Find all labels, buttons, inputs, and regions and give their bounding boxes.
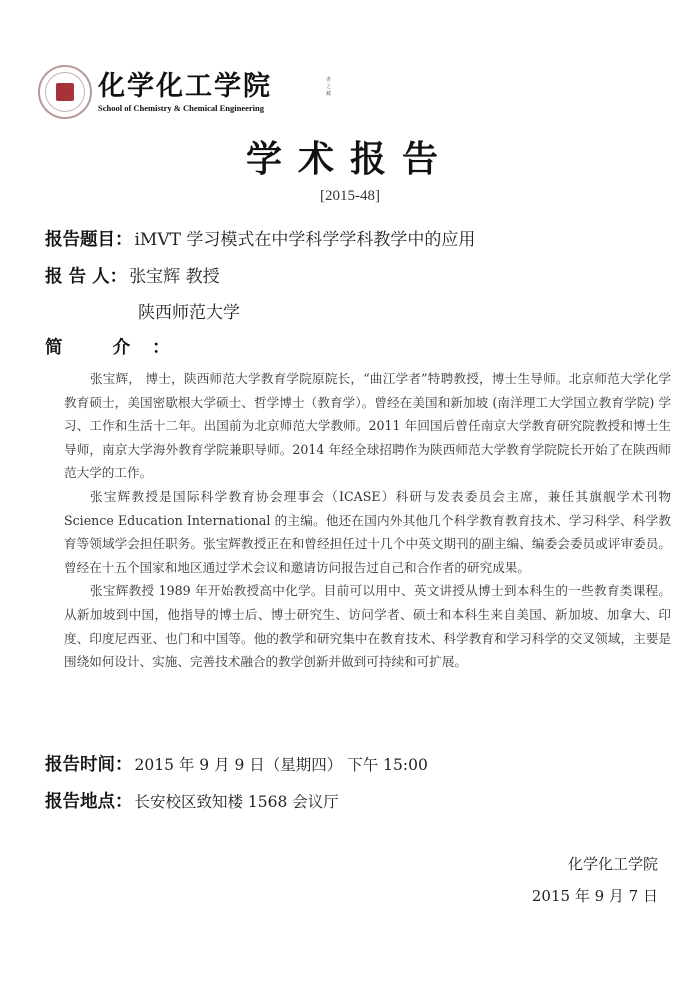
bio-paragraph: 张宝辉教授是国际科学教育协会理事会（ICASE）科研与发表委员会主席，兼任其旗舰…	[64, 485, 671, 579]
document-number: [2015-48]	[0, 188, 700, 205]
bio-paragraph: 张宝辉教授 1989 年开始教授高中化学。目前可以用中、英文讲授从博士到本科生的…	[64, 579, 671, 673]
intro-label: 简 介：	[45, 334, 192, 359]
signoff-date: 2015 年 9 月 7 日	[532, 880, 658, 912]
university-seal-icon	[38, 65, 92, 119]
time-label: 报告时间：	[45, 751, 133, 776]
seal-core	[56, 83, 74, 101]
time-row: 报告时间： 2015 年 9 月 9 日（星期四） 下午 15:00	[45, 751, 428, 776]
speaker-value: 张宝辉 教授	[129, 262, 219, 287]
school-name-en: School of Chemistry & Chemical Engineeri…	[98, 103, 272, 113]
location-value: 长安校区致知楼 1568 会议厅	[135, 790, 339, 812]
logo-tag: 書之藏	[326, 76, 331, 97]
school-header: 化学化工学院 School of Chemistry & Chemical En…	[38, 62, 272, 122]
location-label: 报告地点：	[45, 788, 133, 813]
speaker-affiliation-row: 陕西师范大学	[136, 298, 240, 323]
document-title: 学术报告	[0, 131, 700, 182]
speaker-affiliation: 陕西师范大学	[138, 298, 240, 323]
topic-value: iMVT 学习模式在中学科学学科教学中的应用	[135, 225, 476, 250]
speaker-label: 报 告 人：	[45, 263, 127, 288]
intro-row: 简 介：	[45, 334, 192, 359]
signoff-organization: 化学化工学院	[532, 848, 658, 880]
bio-paragraph: 张宝辉， 博士，陕西师范大学教育学院原院长，“曲江学者”特聘教授，博士生导师。北…	[64, 367, 671, 485]
topic-row: 报告题目： iMVT 学习模式在中学科学学科教学中的应用	[45, 225, 475, 251]
speaker-row: 报 告 人： 张宝辉 教授	[45, 262, 220, 288]
time-value: 2015 年 9 月 9 日（星期四） 下午 15:00	[135, 753, 428, 775]
school-logo-text: 化学化工学院 School of Chemistry & Chemical En…	[98, 72, 272, 113]
location-row: 报告地点： 长安校区致知楼 1568 会议厅	[45, 788, 339, 813]
school-name-cn: 化学化工学院	[98, 72, 272, 102]
signoff: 化学化工学院 2015 年 9 月 7 日	[532, 848, 658, 912]
speaker-bio: 张宝辉， 博士，陕西师范大学教育学院原院长，“曲江学者”特聘教授，博士生导师。北…	[64, 367, 671, 674]
topic-label: 报告题目：	[45, 226, 133, 251]
